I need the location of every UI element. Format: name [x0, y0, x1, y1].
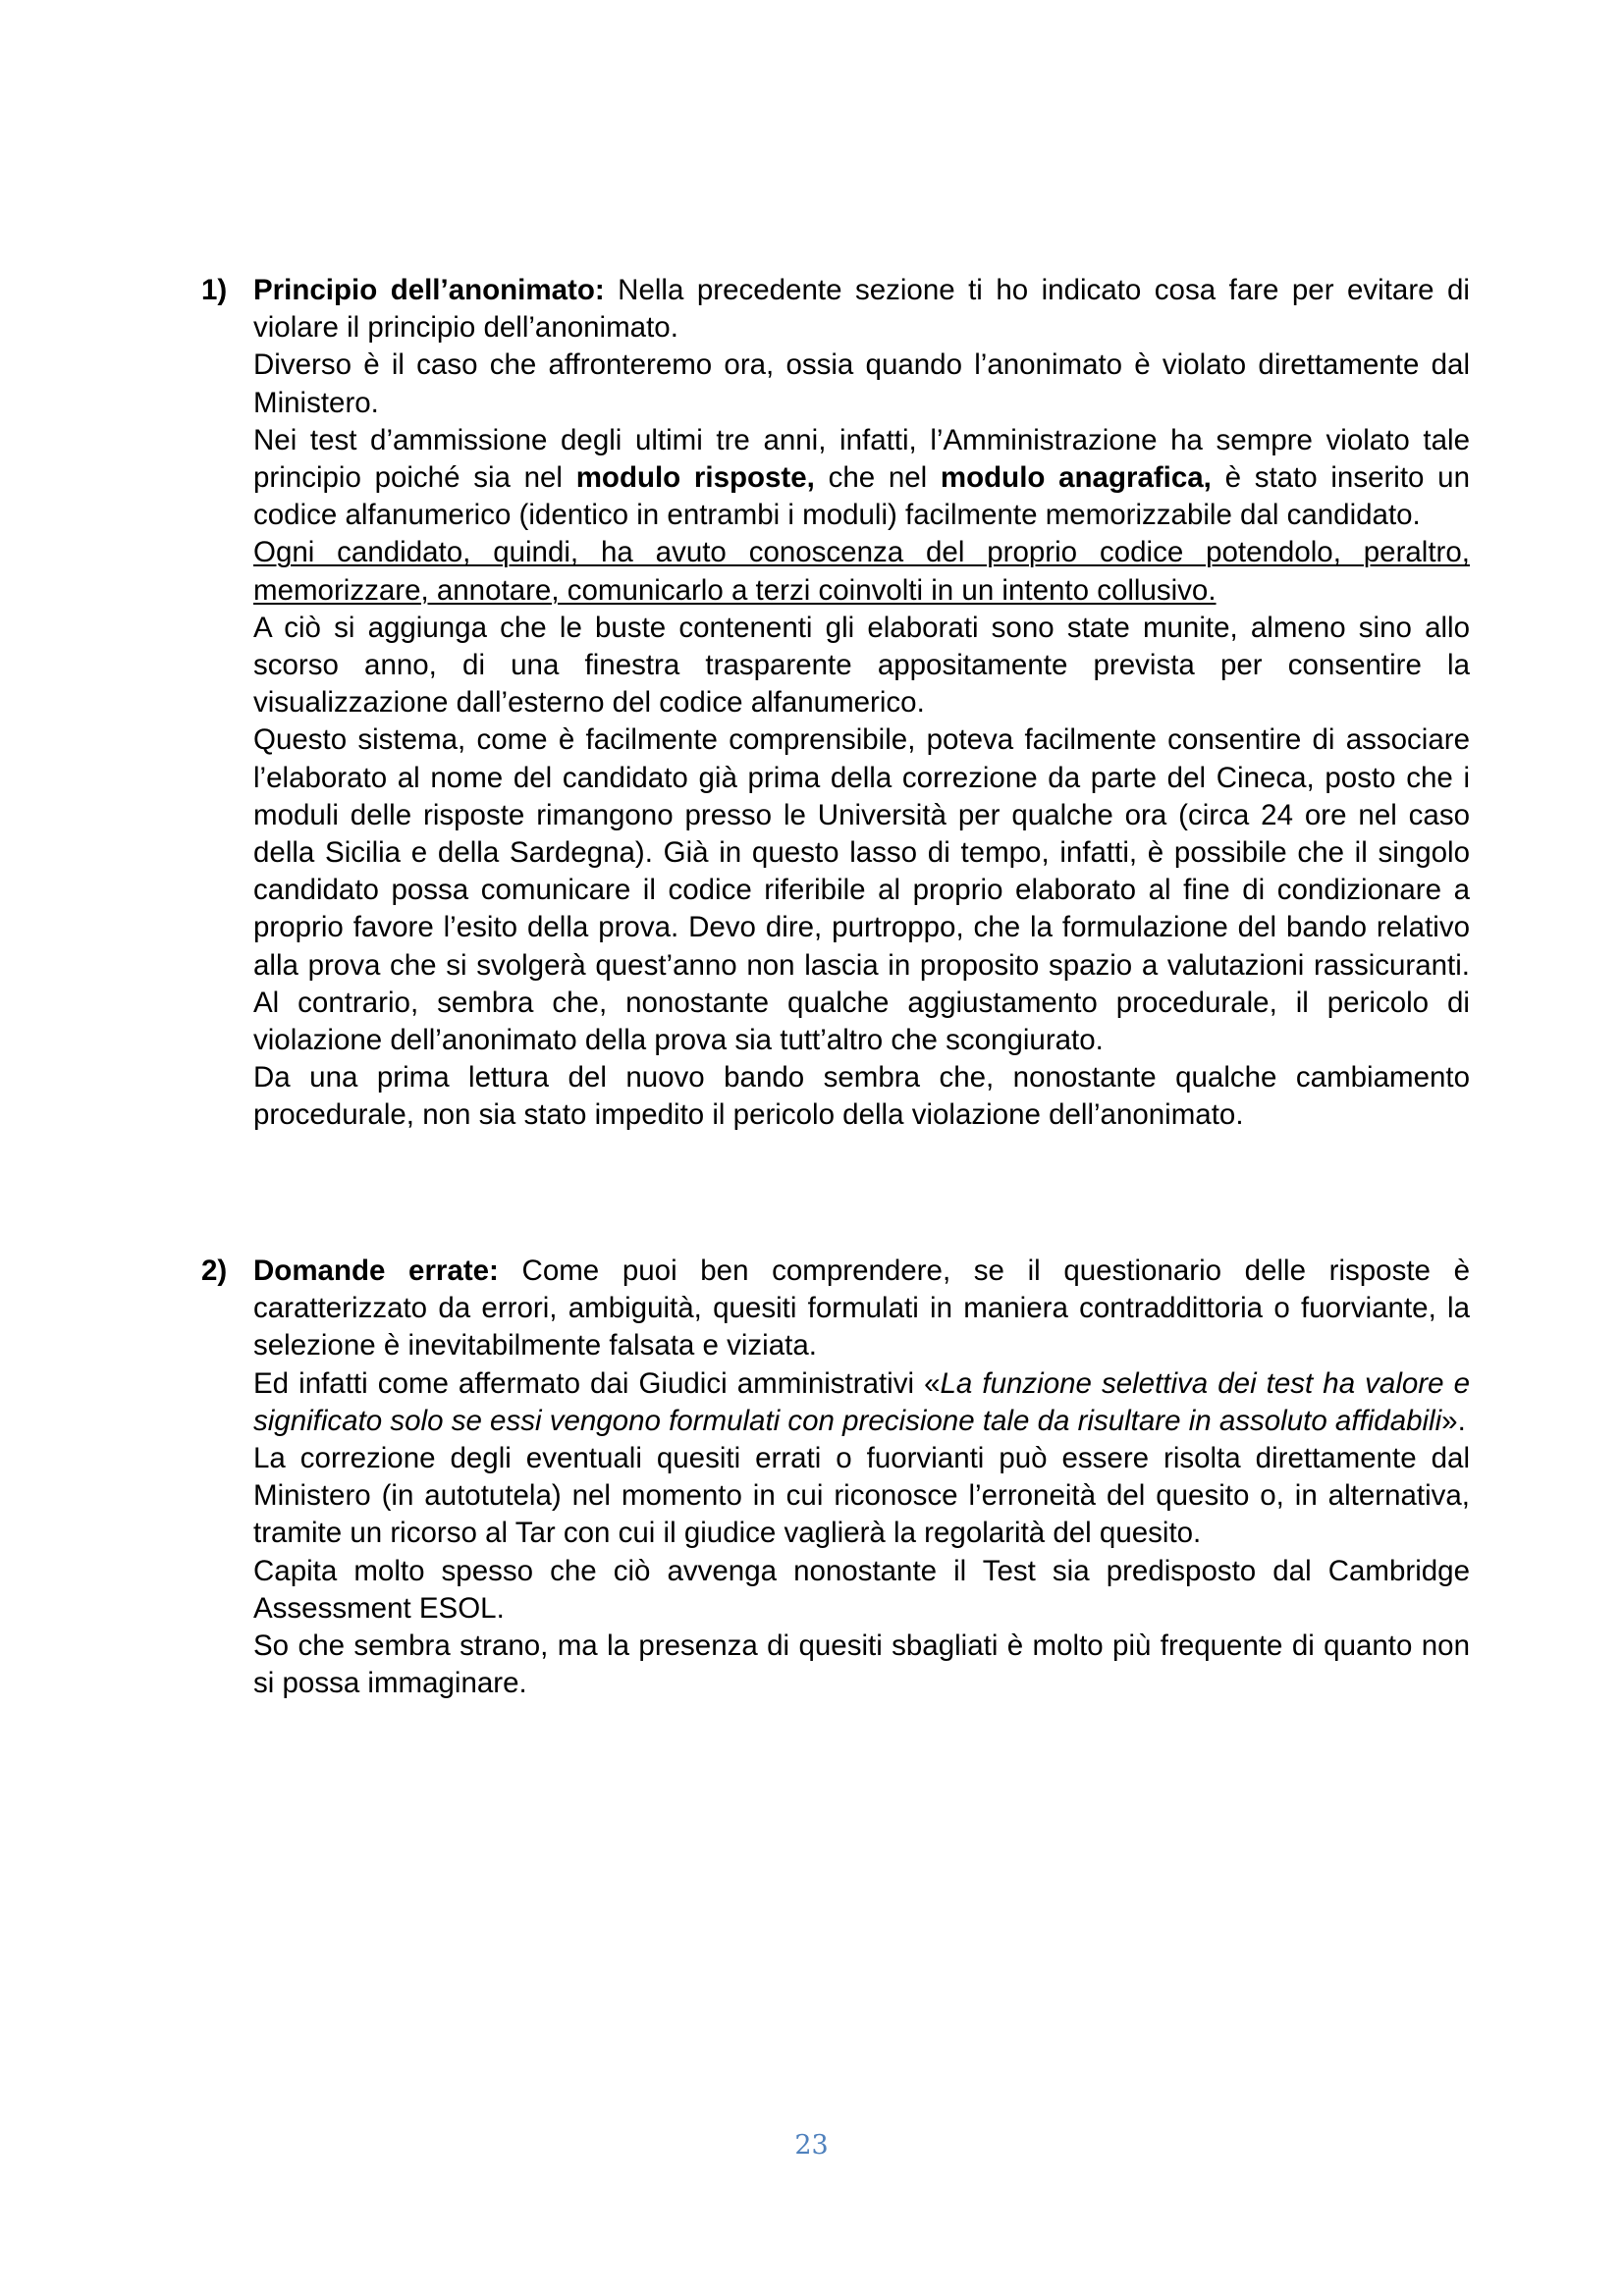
paragraph: Principio dell’anonimato: Nella preceden… — [253, 272, 1470, 347]
paragraph-text: Ed infatti come affermato dai Giudici am… — [253, 1367, 941, 1400]
bold-term: modulo anagrafica, — [941, 461, 1212, 494]
section-principio-anonimato: 1) Principio dell’anonimato: Nella prece… — [201, 272, 1470, 1135]
paragraph: Diverso è il caso che affronteremo ora, … — [253, 347, 1470, 421]
bold-term: modulo risposte, — [576, 461, 815, 494]
section-heading: Principio dell’anonimato: — [253, 274, 605, 306]
paragraph-text: ». — [1441, 1405, 1466, 1437]
paragraph: La correzione degli eventuali quesiti er… — [253, 1440, 1470, 1553]
document-page: 1) Principio dell’anonimato: Nella prece… — [0, 0, 1623, 2296]
paragraph: Ed infatti come affermato dai Giudici am… — [253, 1365, 1470, 1440]
section-heading: Domande errate: — [253, 1255, 499, 1287]
section-domande-errate: 2) Domande errate: Come puoi ben compren… — [201, 1253, 1470, 1702]
paragraph: Ogni candidato, quindi, ha avuto conosce… — [253, 534, 1470, 609]
page-number: 23 — [0, 2130, 1623, 2161]
list-number: 2) — [201, 1253, 227, 1290]
paragraph: Da una prima lettura del nuovo bando sem… — [253, 1059, 1470, 1134]
paragraph: A ciò si aggiunga che le buste contenent… — [253, 610, 1470, 722]
list-number: 1) — [201, 272, 227, 309]
paragraph-text: che nel — [815, 461, 941, 494]
paragraph: Domande errate: Come puoi ben comprender… — [253, 1253, 1470, 1365]
paragraph: So che sembra strano, ma la presenza di … — [253, 1628, 1470, 1702]
paragraph: Capita molto spesso che ciò avvenga nono… — [253, 1553, 1470, 1628]
section-body: Domande errate: Come puoi ben comprender… — [253, 1253, 1470, 1702]
paragraph: Questo sistema, come è facilmente compre… — [253, 721, 1470, 1059]
section-body: Principio dell’anonimato: Nella preceden… — [253, 272, 1470, 1135]
underlined-text: Ogni candidato, quindi, ha avuto conosce… — [253, 536, 1470, 606]
paragraph: Nei test d’ammissione degli ultimi tre a… — [253, 422, 1470, 535]
